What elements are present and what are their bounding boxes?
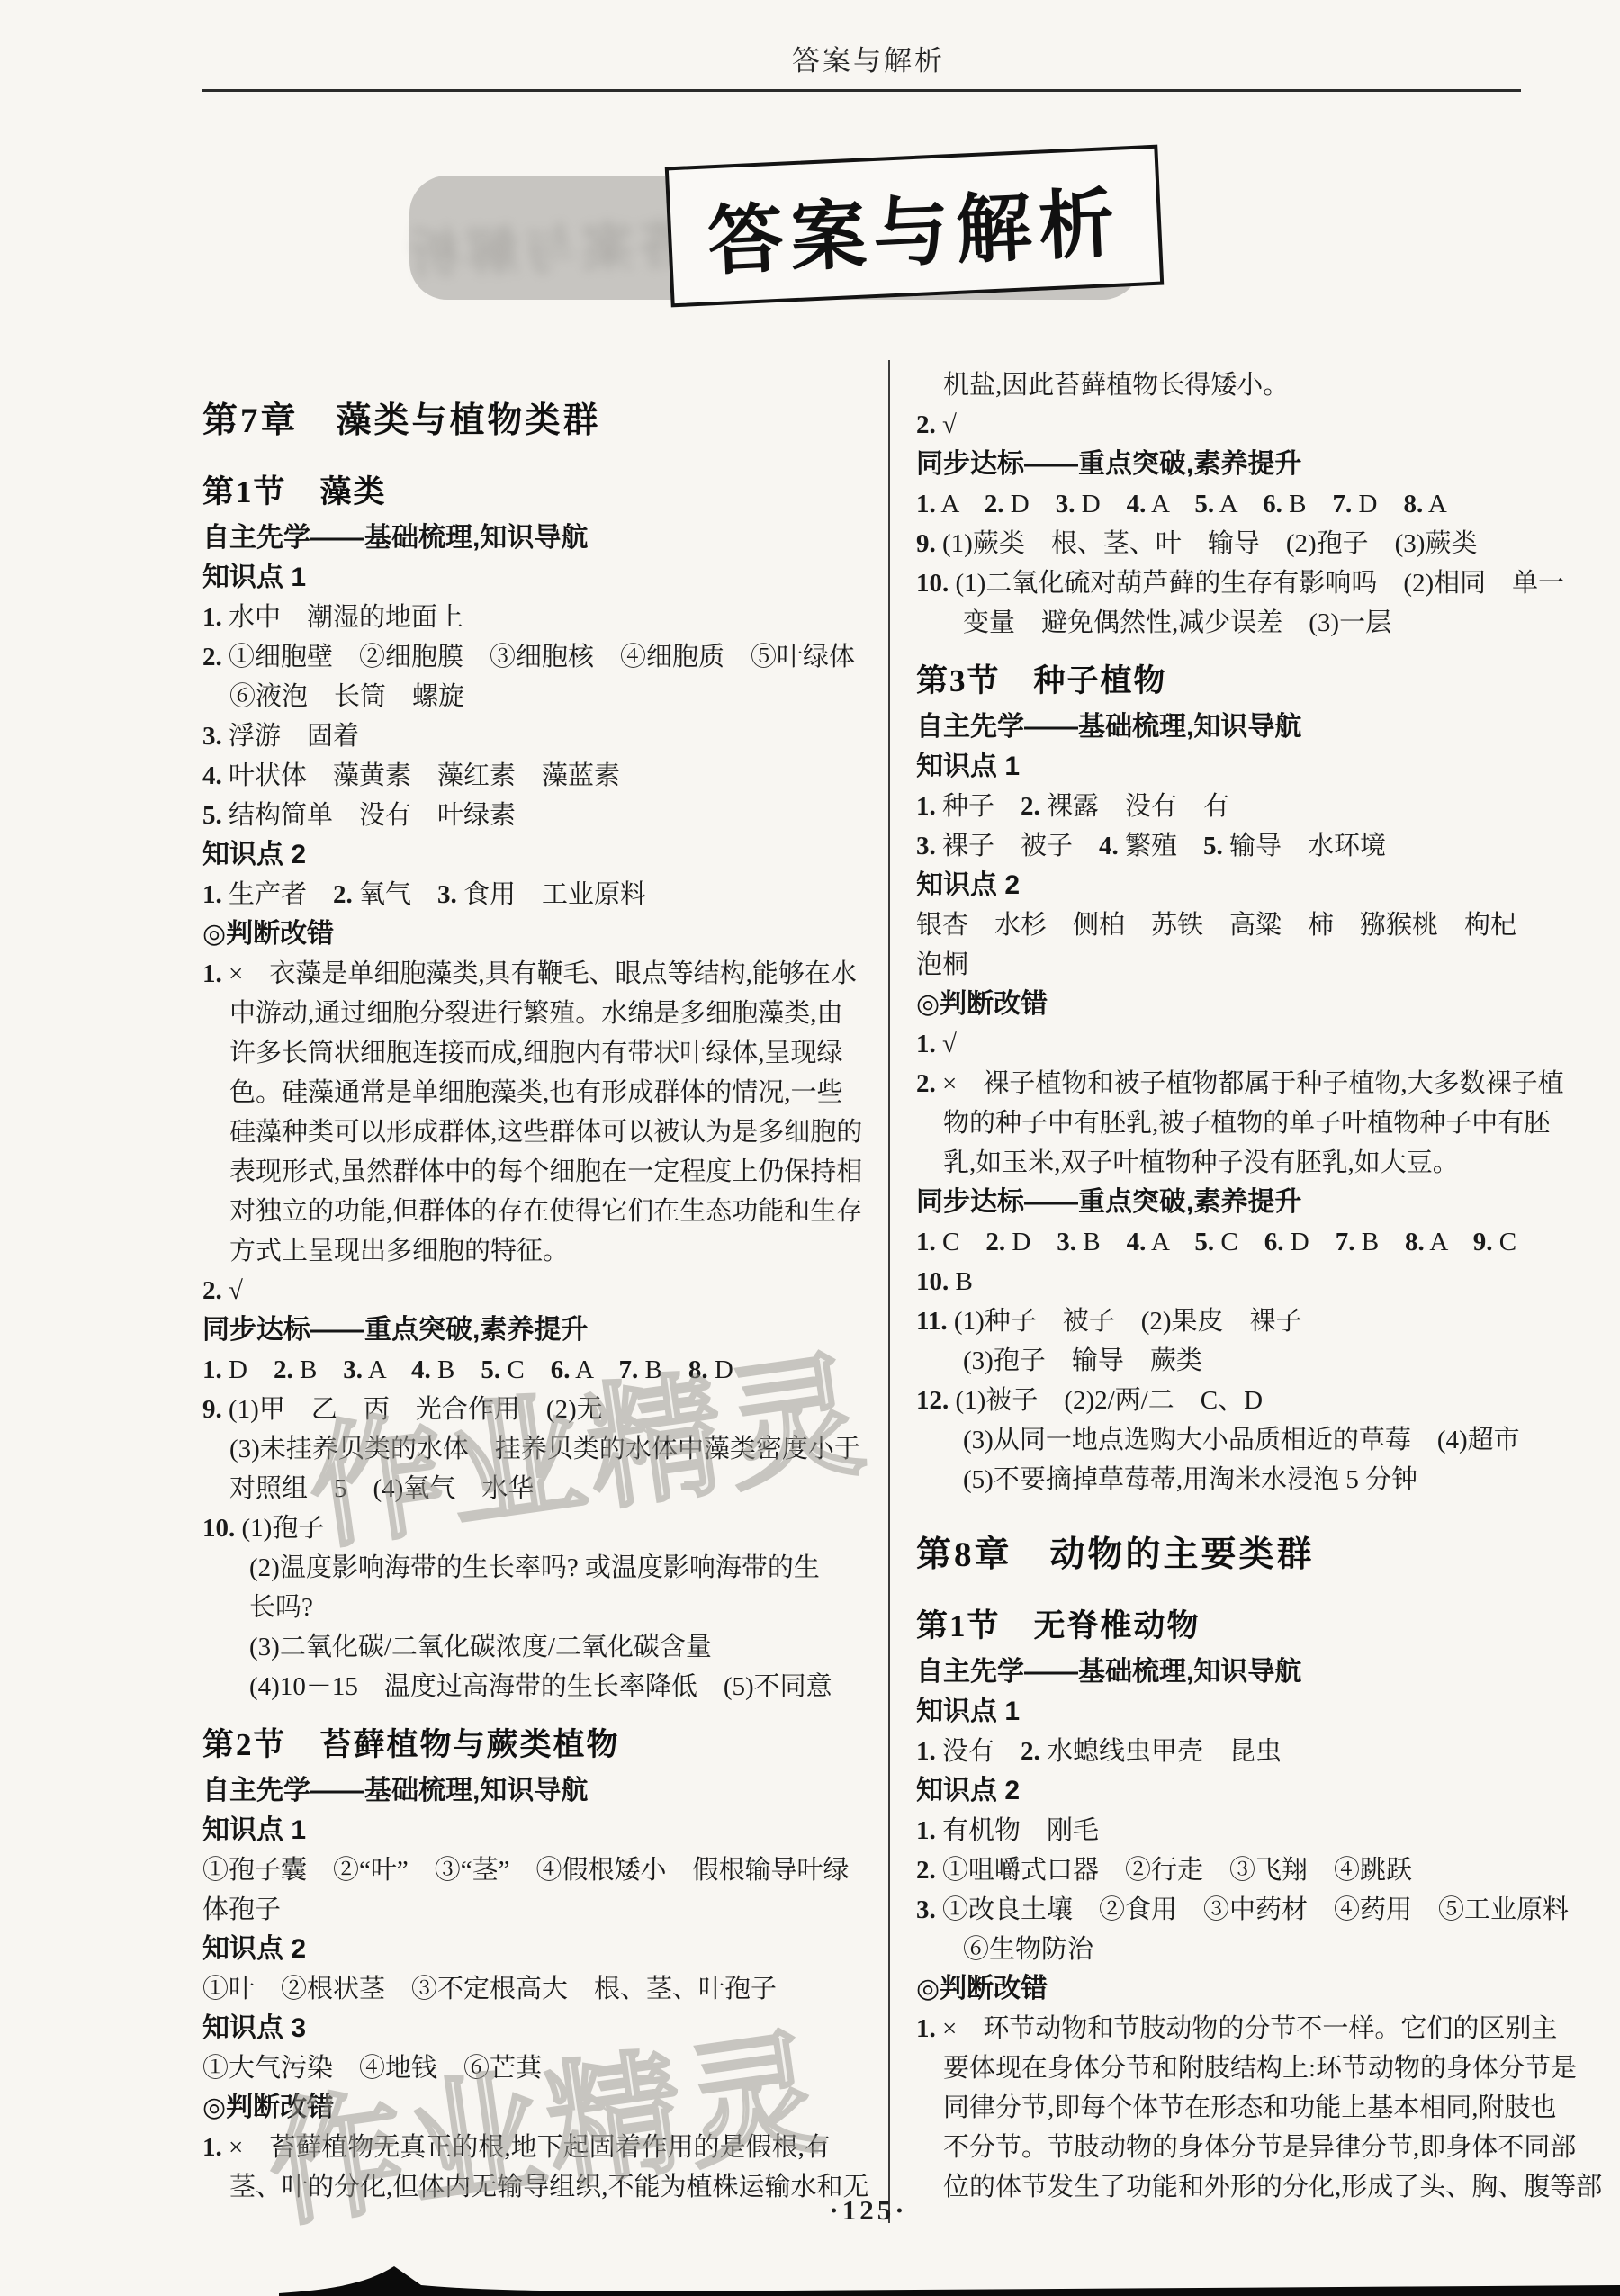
answer-text: √ <box>222 1276 243 1305</box>
answer-text: 知识点 1 <box>202 563 306 592</box>
text-line: 3. ①改良土壤 ②食用 ③中药材 ④药用 ⑤工业原料 <box>916 1890 1525 1930</box>
text-line: 自主先学——基础梳理,知识导航 <box>916 707 1525 747</box>
answer-text: ⑥生物防治 <box>963 1935 1093 1964</box>
answer-number: 4. <box>411 1355 431 1384</box>
text-line: 1. × 环节动物和节肢动物的分节不一样。它们的区别主 <box>916 2009 1525 2048</box>
text-line: 9. (1)甲 乙 丙 光合作用 (2)无 <box>202 1390 847 1429</box>
answer-text: ①咀嚼式口器 ②行走 ③飞翔 ④跳跃 <box>936 1856 1412 1885</box>
answer-text: (1)二氧化硫对葫芦藓的生存有影响吗 (2)相同 单一 <box>949 569 1564 598</box>
answer-text: 第7章 藻类与植物类群 <box>202 401 601 440</box>
answer-text: 中游动,通过细胞分裂进行繁殖。水绵是多细胞藻类,由 <box>229 999 843 1028</box>
answer-text: 水螅线虫甲壳 昆虫 <box>1040 1737 1282 1766</box>
text-line: 知识点 1 <box>202 558 847 598</box>
answer-number: 2. <box>202 1276 222 1305</box>
text-line: 2. √ <box>916 405 1525 445</box>
text-line: 方式上呈现出多细胞的特征。 <box>202 1231 847 1271</box>
answer-text: 知识点 2 <box>916 1776 1020 1805</box>
text-line: 知识点 2 <box>916 866 1525 905</box>
text-line: ①叶 ②根状茎 ③不定根高大 根、茎、叶孢子 <box>202 1969 847 2009</box>
answer-number: 3. <box>1057 1228 1076 1256</box>
answer-text: 繁殖 <box>1119 832 1203 860</box>
text-line: ①大气污染 ④地钱 ⑥芒萁 <box>202 2048 847 2088</box>
answer-number: 2. <box>916 1069 936 1098</box>
text-line: 许多长筒状细胞连接而成,细胞内有带状叶绿体,呈现绿 <box>202 1033 847 1073</box>
answer-number: 5. <box>481 1355 500 1384</box>
answer-number: 4. <box>202 761 222 790</box>
answer-number: 3. <box>343 1355 363 1384</box>
answer-text: 没有 <box>936 1737 1021 1766</box>
answer-number: 3. <box>202 722 222 751</box>
text-line: 知识点 3 <box>202 2009 847 2048</box>
answer-text: B <box>1354 1228 1405 1256</box>
text-line: 1. 生产者 2. 氧气 3. 食用 工业原料 <box>202 875 847 914</box>
text-line: (2)温度影响海带的生长率吗? 或温度影响海带的生 <box>202 1548 847 1588</box>
text-line: 1. C 2. D 3. B 4. A 5. C 6. D 7. B 8. A … <box>916 1222 1525 1262</box>
answer-text: 茎、叶的分化,但体内无输导组织,不能为植株运输水和无 <box>229 2173 869 2201</box>
answer-number: 1. <box>202 959 222 988</box>
answer-text: ①改良土壤 ②食用 ③中药材 ④药用 ⑤工业原料 <box>936 1895 1569 1924</box>
answer-number: 2. <box>1021 792 1040 821</box>
answer-text: 对独立的功能,但群体的存在使得它们在生态功能和生存 <box>229 1197 862 1226</box>
answer-text: 同律分节,即每个体节在形态和功能上基本相同,附肢也 <box>943 2093 1557 2122</box>
answer-text: 知识点 2 <box>916 870 1020 900</box>
answer-text: B <box>293 1355 344 1384</box>
text-line: 物的种子中有胚乳,被子植物的单子叶植物种子中有胚 <box>916 1103 1525 1143</box>
text-line: 变量 避免偶然性,减少误差 (3)一层 <box>916 603 1525 643</box>
answer-text: ⑥液泡 长筒 螺旋 <box>229 682 464 711</box>
text-line: 对独立的功能,但群体的存在使得它们在生态功能和生存 <box>202 1192 847 1231</box>
answer-text: (1)蕨类 根、茎、叶 输导 (2)孢子 (3)蕨类 <box>936 529 1478 558</box>
answer-number: 5. <box>202 801 222 830</box>
text-line: 知识点 2 <box>202 1930 847 1969</box>
text-line: 知识点 1 <box>202 1811 847 1850</box>
text-line: 12. (1)被子 (2)2/两/二 C、D <box>916 1381 1525 1420</box>
text-line: 同步达标——重点突破,素养提升 <box>202 1310 847 1350</box>
answer-number: 2. <box>333 880 353 909</box>
right-column: 机盐,因此苔藓植物长得矮小。2. √同步达标——重点突破,素养提升1. A 2.… <box>916 365 1525 2207</box>
answer-number: 3. <box>1056 490 1075 518</box>
answer-number: 1. <box>202 880 222 909</box>
text-line: 1. 有机物 刚毛 <box>916 1811 1525 1850</box>
text-line: 第8章 动物的主要类群 <box>916 1523 1525 1588</box>
text-line: 知识点 2 <box>202 835 847 875</box>
answer-number: 11. <box>916 1307 948 1336</box>
answer-number: 4. <box>1127 490 1147 518</box>
answer-text: ①叶 ②根状茎 ③不定根高大 根、茎、叶孢子 <box>202 1975 777 2003</box>
answer-text: ◎判断改错 <box>202 919 334 949</box>
answer-text: √ <box>936 410 957 439</box>
answer-text: ①细胞壁 ②细胞膜 ③细胞核 ④细胞质 ⑤叶绿体 <box>222 643 855 671</box>
text-line: 要体现在身体分节和附肢结构上:环节动物的身体分节是 <box>916 2048 1525 2088</box>
answer-text: 许多长筒状细胞连接而成,细胞内有带状叶绿体,呈现绿 <box>229 1039 843 1067</box>
text-line: ⑥液泡 长筒 螺旋 <box>202 677 847 716</box>
answer-text: 同步达标——重点突破,素养提升 <box>202 1315 588 1345</box>
text-line: ◎判断改错 <box>916 985 1525 1024</box>
answer-number: 5. <box>1194 1228 1214 1256</box>
answer-text: C <box>1493 1228 1517 1256</box>
text-line: 2. ①咀嚼式口器 ②行走 ③飞翔 ④跳跃 <box>916 1850 1525 1890</box>
answer-text: 不分节。节肢动物的身体分节是异律分节,即身体不同部 <box>943 2133 1576 2162</box>
answer-text: A <box>1423 490 1447 518</box>
answer-text: 水中 潮湿的地面上 <box>222 603 463 632</box>
answer-text: C <box>500 1355 551 1384</box>
answer-text: 知识点 1 <box>916 752 1020 781</box>
answer-number: 3. <box>437 880 457 909</box>
text-line: ◎判断改错 <box>202 914 847 954</box>
answer-text: D <box>1352 490 1403 518</box>
answer-text: 知识点 2 <box>202 840 306 869</box>
answer-text: × 环节动物和节肢动物的分节不一样。它们的区别主 <box>936 2014 1558 2043</box>
page-number: ·125· <box>792 2194 945 2227</box>
answer-number: 1. <box>202 603 222 632</box>
answer-number: 2. <box>916 410 936 439</box>
text-line: (4)10－15 温度过高海带的生长率降低 (5)不同意 <box>202 1667 847 1706</box>
answer-text: 对照组 5 (4)氧气 水华 <box>229 1474 534 1503</box>
answer-text: √ <box>936 1030 957 1058</box>
answer-number: 7. <box>618 1355 638 1384</box>
answer-text: (1)种子 被子 (2)果皮 裸子 <box>948 1307 1302 1336</box>
answer-number: 7. <box>1333 490 1353 518</box>
answer-text: D <box>1005 1228 1057 1256</box>
text-line: 第1节 藻类 <box>202 466 847 518</box>
text-line: 1. 种子 2. 裸露 没有 有 <box>916 787 1525 826</box>
answer-number: 2. <box>1021 1737 1040 1766</box>
text-line: 硅藻种类可以形成群体,这些群体可以被认为是多细胞的 <box>202 1112 847 1152</box>
text-line: 1. 没有 2. 水螅线虫甲壳 昆虫 <box>916 1732 1525 1771</box>
scanned-answer-page: 答案与解析 答案与解析 答案与解析 第7章 藻类与植物类群第1节 藻类自主先学—… <box>0 0 1620 2296</box>
answer-text: A <box>1146 1228 1194 1256</box>
answer-text: 结构简单 没有 叶绿素 <box>222 801 516 830</box>
answer-text: (1)甲 乙 丙 光合作用 (2)无 <box>222 1395 603 1424</box>
text-line: 9. (1)蕨类 根、茎、叶 输导 (2)孢子 (3)蕨类 <box>916 524 1525 563</box>
answer-number: 10. <box>916 569 949 598</box>
answer-number: 5. <box>1194 490 1214 518</box>
answer-number: 2. <box>202 643 222 671</box>
text-line: 1. 水中 潮湿的地面上 <box>202 598 847 637</box>
answer-number: 1. <box>916 1816 936 1845</box>
text-line: 3. 浮游 固着 <box>202 716 847 756</box>
answer-number: 12. <box>916 1386 949 1415</box>
text-line: 知识点 1 <box>916 747 1525 787</box>
answer-text: 硅藻种类可以形成群体,这些群体可以被认为是多细胞的 <box>229 1118 862 1147</box>
text-line: 同步达标——重点突破,素养提升 <box>916 445 1525 484</box>
answer-number: 1. <box>916 1737 936 1766</box>
answer-text: 要体现在身体分节和附肢结构上:环节动物的身体分节是 <box>943 2054 1577 2083</box>
text-line: 不分节。节肢动物的身体分节是异律分节,即身体不同部 <box>916 2128 1525 2167</box>
answer-text: A <box>936 490 985 518</box>
answer-text: (2)温度影响海带的生长率吗? 或温度影响海带的生 <box>249 1553 820 1582</box>
answer-number: 4. <box>1099 832 1119 860</box>
text-line: 中游动,通过细胞分裂进行繁殖。水绵是多细胞藻类,由 <box>202 994 847 1033</box>
answer-text: A <box>363 1355 411 1384</box>
text-line: 1. √ <box>916 1024 1525 1064</box>
answer-number: 1. <box>916 2014 936 2043</box>
text-line: 1. × 苔藓植物无真正的根,地下起固着作用的是假根,有 <box>202 2128 847 2167</box>
answer-text: ◎判断改错 <box>916 989 1048 1019</box>
answer-text: (3)二氧化碳/二氧化碳浓度/二氧化碳含量 <box>249 1633 712 1661</box>
answer-number: 9. <box>1473 1228 1493 1256</box>
answer-text: ◎判断改错 <box>916 1974 1048 2003</box>
text-line: 1. A 2. D 3. D 4. A 5. A 6. B 7. D 8. A <box>916 484 1525 524</box>
answer-number: 10. <box>916 1267 949 1296</box>
text-line: (3)从同一地点选购大小品质相近的草莓 (4)超市 <box>916 1420 1525 1460</box>
answer-text: (3)孢子 输导 蕨类 <box>963 1346 1202 1375</box>
text-line: 第1节 无脊椎动物 <box>916 1600 1525 1652</box>
answer-number: 5. <box>1203 832 1223 860</box>
answer-number: 9. <box>916 529 936 558</box>
answer-number: 6. <box>551 1355 571 1384</box>
answer-number: 2. <box>274 1355 293 1384</box>
answer-text: C <box>1214 1228 1264 1256</box>
text-line: 长吗? <box>202 1588 847 1627</box>
text-line: 知识点 1 <box>916 1692 1525 1732</box>
column-divider <box>888 360 890 2223</box>
answer-text: (4)10－15 温度过高海带的生长率降低 (5)不同意 <box>249 1672 832 1701</box>
answer-text: A <box>1214 490 1263 518</box>
answer-text: C <box>936 1228 986 1256</box>
text-line: 知识点 2 <box>916 1771 1525 1811</box>
answer-text: D <box>1075 490 1126 518</box>
answer-text: ◎判断改错 <box>202 2093 334 2122</box>
text-line: 4. 叶状体 藻黄素 藻红素 藻蓝素 <box>202 756 847 796</box>
answer-text: 银杏 水杉 侧柏 苏铁 高粱 柿 猕猴桃 枸杞 <box>916 911 1516 940</box>
answer-text: D <box>708 1355 733 1384</box>
answer-text: ①大气污染 ④地钱 ⑥芒萁 <box>202 2054 542 2083</box>
answer-number: 1. <box>202 2133 222 2162</box>
answer-text: 色。硅藻通常是单细胞藻类,也有形成群体的情况,一些 <box>229 1078 843 1107</box>
text-line: 1. D 2. B 3. A 4. B 5. C 6. A 7. B 8. D <box>202 1350 847 1390</box>
text-line: 10. B <box>916 1262 1525 1301</box>
answer-text: 自主先学——基础梳理,知识导航 <box>916 1657 1301 1687</box>
answer-text: × 裸子植物和被子植物都属于种子植物,大多数裸子植 <box>936 1069 1564 1098</box>
answer-text: 自主先学——基础梳理,知识导航 <box>202 1776 588 1805</box>
page-header-title: 答案与解析 <box>792 38 945 78</box>
text-line: ⑥生物防治 <box>916 1930 1525 1969</box>
text-line: 自主先学——基础梳理,知识导航 <box>202 1771 847 1811</box>
text-line: ◎判断改错 <box>202 2088 847 2128</box>
answer-text: D <box>1283 1228 1335 1256</box>
answer-text: A <box>1425 1228 1473 1256</box>
answer-number: 3. <box>916 832 936 860</box>
banner-title: 答案与解析 <box>705 162 1123 290</box>
answer-number: 1. <box>916 490 936 518</box>
text-line: ①孢子囊 ②“叶” ③“茎” ④假根矮小 假根输导叶绿 <box>202 1850 847 1890</box>
text-line: (5)不要摘掉草莓蒂,用淘米水浸泡 5 分钟 <box>916 1460 1525 1499</box>
answer-number: 8. <box>1403 490 1423 518</box>
text-line: 第7章 藻类与植物类群 <box>202 389 847 454</box>
answer-text: × 衣藻是单细胞藻类,具有鞭毛、眼点等结构,能够在水 <box>222 959 857 988</box>
answer-text: 表现形式,虽然群体中的每个细胞在一定程度上仍保持相 <box>229 1157 862 1186</box>
answer-number: 2. <box>985 1228 1005 1256</box>
text-line: 对照组 5 (4)氧气 水华 <box>202 1469 847 1508</box>
banner-ghost-text: 答案与解析 <box>420 203 693 287</box>
answer-number: 6. <box>1264 1228 1284 1256</box>
answer-text: 生产者 <box>222 880 333 909</box>
answer-text: (1)孢子 <box>235 1514 324 1543</box>
answer-text: 裸露 没有 有 <box>1040 792 1229 821</box>
answer-text: B <box>949 1267 973 1296</box>
answer-text: 知识点 1 <box>916 1697 1020 1726</box>
answer-text: 叶状体 藻黄素 藻红素 藻蓝素 <box>222 761 620 790</box>
text-line: 同步达标——重点突破,素养提升 <box>916 1183 1525 1222</box>
footer-swoosh <box>0 2255 1620 2296</box>
answer-text: 第8章 动物的主要类群 <box>916 1535 1315 1574</box>
answer-number: 2. <box>985 490 1004 518</box>
answer-text: 方式上呈现出多细胞的特征。 <box>229 1237 569 1265</box>
text-line: 3. 裸子 被子 4. 繁殖 5. 输导 水环境 <box>916 826 1525 866</box>
answer-number: 3. <box>916 1895 936 1924</box>
text-line: 10. (1)二氧化硫对葫芦藓的生存有影响吗 (2)相同 单一 <box>916 563 1525 603</box>
answer-text: 有机物 刚毛 <box>936 1816 1099 1845</box>
answer-number: 1. <box>916 792 936 821</box>
text-line: 1. × 衣藻是单细胞藻类,具有鞭毛、眼点等结构,能够在水 <box>202 954 847 994</box>
text-line: (3)孢子 输导 蕨类 <box>916 1341 1525 1381</box>
text-line: 第3节 种子植物 <box>916 655 1525 707</box>
answer-text: A <box>1146 490 1194 518</box>
answer-text: A <box>570 1355 618 1384</box>
answer-text: (3)未挂养贝类的水体 挂养贝类的水体中藻类密度小于 <box>229 1435 860 1463</box>
text-line: 乳,如玉米,双子叶植物种子没有胚乳,如大豆。 <box>916 1143 1525 1183</box>
answer-number: 7. <box>1336 1228 1355 1256</box>
answer-text: D <box>222 1355 274 1384</box>
text-line: 2. √ <box>202 1271 847 1310</box>
text-line: 第2节 苔藓植物与蕨类植物 <box>202 1719 847 1771</box>
answer-text: 第2节 苔藓植物与蕨类植物 <box>202 1727 620 1762</box>
text-line: 2. ①细胞壁 ②细胞膜 ③细胞核 ④细胞质 ⑤叶绿体 <box>202 637 847 677</box>
answer-text: 物的种子中有胚乳,被子植物的单子叶植物种子中有胚 <box>943 1109 1550 1138</box>
answer-text: B <box>1076 1228 1127 1256</box>
text-line: 色。硅藻通常是单细胞藻类,也有形成群体的情况,一些 <box>202 1073 847 1112</box>
text-line: (3)二氧化碳/二氧化碳浓度/二氧化碳含量 <box>202 1627 847 1667</box>
text-line: 银杏 水杉 侧柏 苏铁 高粱 柿 猕猴桃 枸杞 <box>916 905 1525 945</box>
answer-text: 知识点 1 <box>202 1815 306 1845</box>
text-line: 体孢子 <box>202 1890 847 1930</box>
answer-number: 2. <box>916 1856 936 1885</box>
answer-text: 同步达标——重点突破,素养提升 <box>916 1187 1301 1217</box>
answer-text: 机盐,因此苔藓植物长得矮小。 <box>943 371 1289 400</box>
answer-number: 8. <box>1405 1228 1425 1256</box>
answer-number: 1. <box>916 1030 936 1058</box>
answer-text: 输导 水环境 <box>1223 832 1386 860</box>
text-line: 同律分节,即每个体节在形态和功能上基本相同,附肢也 <box>916 2088 1525 2128</box>
left-column: 第7章 藻类与植物类群第1节 藻类自主先学——基础梳理,知识导航知识点 11. … <box>202 365 847 2207</box>
answer-text: 乳,如玉米,双子叶植物种子没有胚乳,如大豆。 <box>943 1148 1459 1177</box>
answer-text: (5)不要摘掉草莓蒂,用淘米水浸泡 5 分钟 <box>963 1465 1417 1494</box>
text-line: (3)未挂养贝类的水体 挂养贝类的水体中藻类密度小于 <box>202 1429 847 1469</box>
answer-text: 泡桐 <box>916 950 968 979</box>
text-line: 茎、叶的分化,但体内无输导组织,不能为植株运输水和无 <box>202 2167 847 2207</box>
answer-text: 位的体节发生了功能和外形的分化,形成了头、胸、腹等部 <box>943 2173 1602 2201</box>
answer-text: 自主先学——基础梳理,知识导航 <box>916 712 1301 742</box>
answer-number: 1. <box>916 1228 936 1256</box>
text-line: 泡桐 <box>916 945 1525 985</box>
answer-text: (1)被子 (2)2/两/二 C、D <box>949 1386 1263 1415</box>
text-line: 表现形式,虽然群体中的每个细胞在一定程度上仍保持相 <box>202 1152 847 1192</box>
answer-text: B <box>1282 490 1333 518</box>
text-line: 位的体节发生了功能和外形的分化,形成了头、胸、腹等部 <box>916 2167 1525 2207</box>
answer-text: 氧气 <box>353 880 437 909</box>
text-line: 自主先学——基础梳理,知识导航 <box>202 518 847 558</box>
answer-text: 食用 工业原料 <box>457 880 646 909</box>
answer-text: 第1节 无脊椎动物 <box>916 1608 1201 1643</box>
answer-number: 9. <box>202 1395 222 1424</box>
banner-title-box: 答案与解析 <box>665 145 1165 308</box>
answer-text: ①孢子囊 ②“叶” ③“茎” ④假根矮小 假根输导叶绿 <box>202 1856 850 1885</box>
text-line: 自主先学——基础梳理,知识导航 <box>916 1652 1525 1692</box>
answer-number: 10. <box>202 1514 235 1543</box>
answer-text: 长吗? <box>249 1593 313 1622</box>
answer-text: 裸子 被子 <box>936 832 1099 860</box>
answer-text: × 苔藓植物无真正的根,地下起固着作用的是假根,有 <box>222 2133 831 2162</box>
answer-text: 知识点 2 <box>202 1934 306 1964</box>
answer-text: (3)从同一地点选购大小品质相近的草莓 (4)超市 <box>963 1426 1520 1454</box>
answer-text: B <box>431 1355 481 1384</box>
answer-text: B <box>638 1355 688 1384</box>
text-line: 5. 结构简单 没有 叶绿素 <box>202 796 847 835</box>
answer-text: 浮游 固着 <box>222 722 359 751</box>
header-rule <box>202 89 1521 92</box>
answer-text: 体孢子 <box>202 1895 281 1924</box>
answer-number: 1. <box>202 1355 222 1384</box>
text-line: 11. (1)种子 被子 (2)果皮 裸子 <box>916 1301 1525 1341</box>
answer-text: 第3节 种子植物 <box>916 663 1167 698</box>
answer-number: 8. <box>688 1355 708 1384</box>
answer-number: 6. <box>1263 490 1282 518</box>
answer-text: 同步达标——重点突破,素养提升 <box>916 449 1301 479</box>
answer-text: 知识点 3 <box>202 2013 306 2043</box>
answer-text: 自主先学——基础梳理,知识导航 <box>202 523 588 553</box>
text-line: 2. × 裸子植物和被子植物都属于种子植物,大多数裸子植 <box>916 1064 1525 1103</box>
answer-text: D <box>1004 490 1056 518</box>
answer-text: 第1节 藻类 <box>202 474 387 509</box>
text-line: 机盐,因此苔藓植物长得矮小。 <box>916 365 1525 405</box>
answer-number: 4. <box>1127 1228 1147 1256</box>
text-line: 10. (1)孢子 <box>202 1508 847 1548</box>
text-line: ◎判断改错 <box>916 1969 1525 2009</box>
answer-text: 变量 避免偶然性,减少误差 (3)一层 <box>963 608 1391 637</box>
answer-text: 种子 <box>936 792 1021 821</box>
